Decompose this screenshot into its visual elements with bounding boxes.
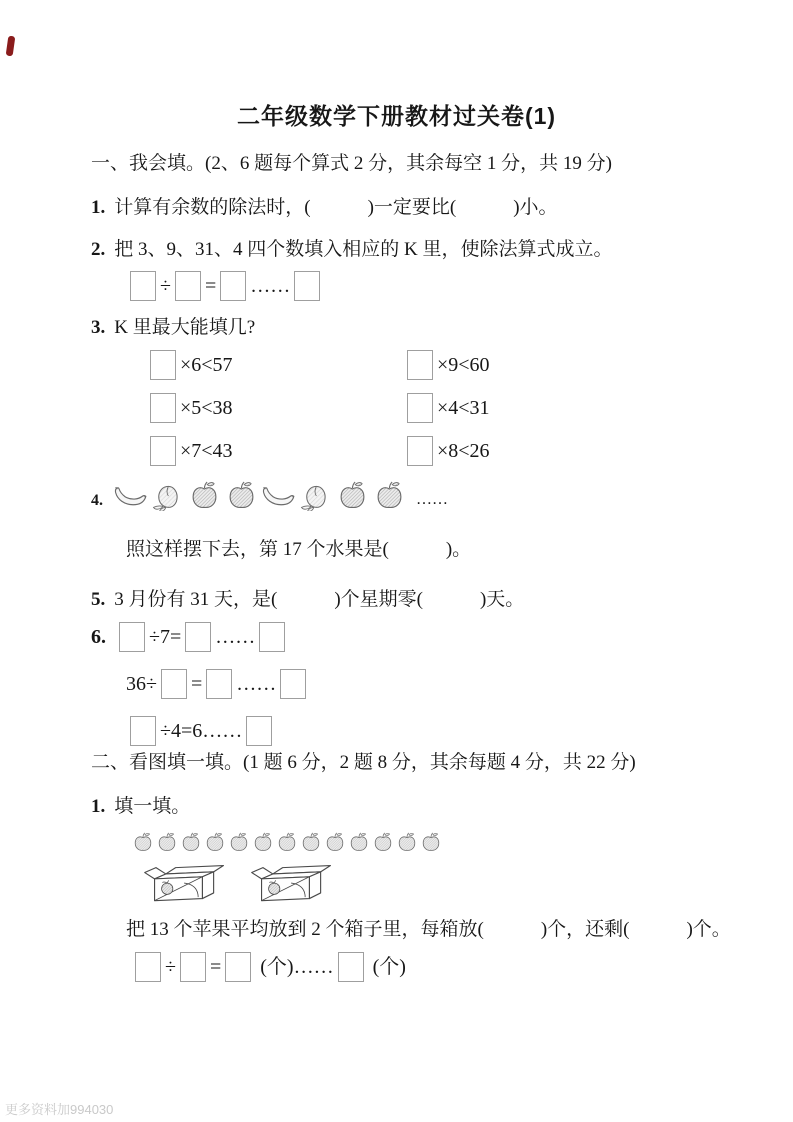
- inequality-text: ×6<57: [180, 354, 233, 377]
- answer-box: [150, 393, 176, 423]
- apple-icon: [187, 479, 222, 513]
- apple-icon: [419, 831, 443, 854]
- apple-icon: [203, 831, 227, 854]
- answer-box: [175, 271, 201, 301]
- inequality-text: ×8<26: [437, 440, 490, 463]
- equation-text: ÷4=6……: [160, 714, 242, 748]
- question-5-text: 3 月份有 31 天，是( )个星期零( )天。: [114, 589, 524, 610]
- apple-icon: [371, 831, 395, 854]
- question-5: 5.3 月份有 31 天，是( )个星期零( )天。: [91, 586, 524, 613]
- inequality-text: ×7<43: [180, 440, 233, 463]
- apple-icon: [323, 831, 347, 854]
- equation-text: (个): [368, 950, 406, 984]
- answer-box: [225, 952, 251, 982]
- question-3-number: 3.: [91, 317, 105, 338]
- answer-box: [180, 952, 206, 982]
- fruit-sequence: [112, 479, 408, 513]
- equation-text: ÷: [165, 950, 176, 984]
- answer-box: [407, 350, 433, 380]
- question-4-number: 4.: [91, 492, 103, 510]
- inequality-item: ×7<43: [146, 436, 233, 466]
- inequality-text: ×5<38: [180, 397, 233, 420]
- question-6: 6. ÷7=……: [91, 620, 289, 654]
- question-6-equation-1: ÷7=……: [115, 620, 289, 654]
- equation-text: (个)……: [255, 950, 333, 984]
- question-6-equation-2: 36÷=……: [126, 667, 310, 701]
- watermark-text: 更多资料加994030: [5, 1099, 113, 1118]
- equation-text: 36÷: [126, 667, 157, 701]
- answer-box: [206, 669, 232, 699]
- apple-icon: [395, 831, 419, 854]
- apple-icon: [131, 831, 155, 854]
- red-ink-mark: [6, 36, 16, 57]
- inequality-item: ×8<26: [403, 436, 490, 466]
- question-2-number: 2.: [91, 239, 105, 260]
- answer-box: [246, 716, 272, 746]
- peach-icon: [150, 479, 185, 513]
- apple-icon: [251, 831, 275, 854]
- open-box-image: [250, 862, 335, 907]
- equation-text: ……: [215, 620, 255, 654]
- apple-icon: [347, 831, 371, 854]
- section2-question-1-number: 1.: [91, 796, 105, 817]
- worksheet-page: 二年级数学下册教材过关卷(1) 一、我会填。(2、6 题每个算式 2 分，其余每…: [0, 0, 793, 1122]
- inequality-item: ×4<31: [403, 393, 490, 423]
- apple-row-image: [131, 831, 443, 854]
- answer-box: [220, 271, 246, 301]
- peach-icon: [298, 479, 333, 513]
- apple-icon: [179, 831, 203, 854]
- answer-box: [161, 669, 187, 699]
- inequality-item: ×5<38: [146, 393, 233, 423]
- inequality-item: ×9<60: [403, 350, 490, 380]
- question-2-text: 把 3、9、31、4 四个数填入相应的 K 里，使除法算式成立。: [114, 239, 612, 260]
- banana-icon: [113, 479, 148, 513]
- question-3-text: K 里最大能填几?: [114, 317, 255, 338]
- equation-text: ÷7=: [149, 620, 181, 654]
- section2-question-1-caption: 把 13 个苹果平均放到 2 个箱子里，每箱放( )个，还剩( )个。: [126, 916, 731, 943]
- open-box-image: [143, 862, 228, 907]
- section2-question-1-equation: ÷= (个)…… (个): [131, 950, 406, 984]
- inequality-item: ×6<57: [146, 350, 233, 380]
- answer-box: [280, 669, 306, 699]
- inequality-text: ×4<31: [437, 397, 490, 420]
- question-5-number: 5.: [91, 589, 105, 610]
- equation-text: =: [191, 667, 202, 701]
- answer-box: [294, 271, 320, 301]
- answer-box: [338, 952, 364, 982]
- answer-box: [407, 393, 433, 423]
- question-3: 3.K 里最大能填几?: [91, 314, 255, 341]
- section2-question-1: 1.填一填。: [91, 793, 190, 820]
- apple-icon: [372, 479, 407, 513]
- question-1: 1.计算有余数的除法时，( )一定要比( )小。: [91, 194, 558, 221]
- equation-text: ……: [250, 269, 290, 303]
- section2-question-1-text: 填一填。: [114, 796, 190, 817]
- answer-box: [119, 622, 145, 652]
- answer-box: [407, 436, 433, 466]
- equation-text: ……: [236, 667, 276, 701]
- question-1-number: 1.: [91, 197, 105, 218]
- apple-icon: [299, 831, 323, 854]
- answer-box: [185, 622, 211, 652]
- answer-box: [135, 952, 161, 982]
- question-6-equation-3: ÷4=6……: [126, 714, 276, 748]
- inequality-text: ×9<60: [437, 354, 490, 377]
- section1-heading: 一、我会填。(2、6 题每个算式 2 分，其余每空 1 分，共 19 分): [91, 150, 612, 177]
- apple-icon: [275, 831, 299, 854]
- answer-box: [150, 350, 176, 380]
- question-6-number: 6.: [91, 620, 106, 654]
- answer-box: [130, 271, 156, 301]
- section2-heading: 二、看图填一填。(1 题 6 分，2 题 8 分，其余每题 4 分，共 22 分…: [91, 749, 636, 776]
- question-1-text: 计算有余数的除法时，( )一定要比( )小。: [114, 197, 557, 218]
- answer-box: [130, 716, 156, 746]
- pattern-ellipsis: ……: [416, 491, 448, 509]
- apple-icon: [227, 831, 251, 854]
- equation-text: =: [205, 269, 216, 303]
- banana-icon: [261, 479, 296, 513]
- equation-text: ÷: [160, 269, 171, 303]
- question-2: 2.把 3、9、31、4 四个数填入相应的 K 里，使除法算式成立。: [91, 236, 612, 263]
- apple-icon: [155, 831, 179, 854]
- apple-icon: [335, 479, 370, 513]
- open-boxes-image: [143, 862, 335, 907]
- answer-box: [150, 436, 176, 466]
- question-4-fruit-row: 4. ……: [91, 479, 448, 513]
- question-2-equation: ÷=……: [126, 269, 324, 303]
- question-4-text: 照这样摆下去，第 17 个水果是( )。: [126, 536, 471, 563]
- equation-text: =: [210, 950, 221, 984]
- answer-box: [259, 622, 285, 652]
- apple-icon: [224, 479, 259, 513]
- page-title: 二年级数学下册教材过关卷(1): [0, 98, 793, 131]
